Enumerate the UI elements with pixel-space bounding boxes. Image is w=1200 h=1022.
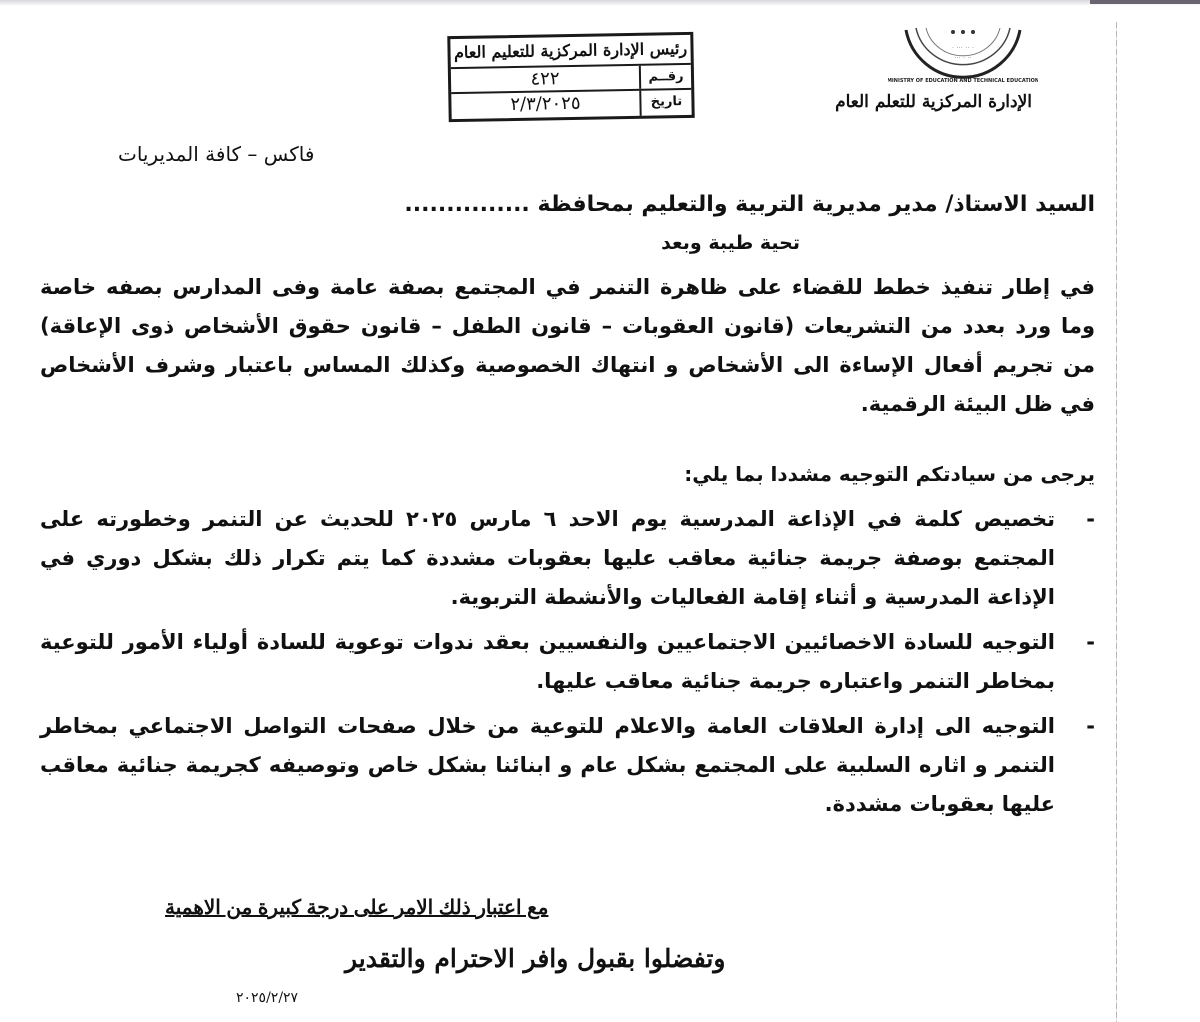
- scan-edge-shadow: [0, 0, 1200, 6]
- directive-text: تخصيص كلمة في الإذاعة المدرسية يوم الاحد…: [40, 507, 1055, 609]
- stamp-date-row: تاريخ ٢/٣/٢٠٢٥: [451, 90, 691, 119]
- dash-bullet-icon: -: [1086, 500, 1095, 539]
- greeting: تحية طيبة وبعد: [661, 232, 800, 254]
- stamp-number-label: رقــم: [639, 65, 691, 89]
- organization-name: الإدارة المركزية للتعلم العام: [835, 92, 1032, 112]
- directive-item: - التوجيه للسادة الاخصائيين الاجتماعيين …: [40, 623, 1095, 701]
- stamp-date-value: ٢/٣/٢٠٢٥: [451, 91, 639, 119]
- addressee-line: السيد الاستاذ/ مدير مديرية التربية والتع…: [404, 192, 1095, 217]
- emphasis-line: مع اعتبار ذلك الامر على درجة كبيرة من ال…: [165, 895, 548, 920]
- dash-bullet-icon: -: [1086, 707, 1095, 746]
- intro-paragraph: في إطار تنفيذ خطط للقضاء على ظاهرة التنم…: [40, 268, 1095, 424]
- svg-text:· ·· ··· ·: · ·· ··· ·: [952, 44, 974, 52]
- directive-item: - تخصيص كلمة في الإذاعة المدرسية يوم الا…: [40, 500, 1095, 617]
- document-date: ٢٠٢٥/٢/٢٧: [236, 990, 298, 1006]
- svg-text:·· · ···: ·· · ···: [954, 54, 972, 62]
- stamp-title: رئيس الإدارة المركزية للتعليم العام: [450, 35, 690, 69]
- ministry-logo-icon: · ·· ··· · ·· · ··· MINISTRY OF EDUCATIO…: [888, 22, 1038, 90]
- registry-stamp: رئيس الإدارة المركزية للتعليم العام رقــ…: [447, 32, 694, 122]
- directives-list: - تخصيص كلمة في الإذاعة المدرسية يوم الا…: [40, 500, 1095, 830]
- dash-bullet-icon: -: [1086, 623, 1095, 662]
- stamp-number-value: ٤٢٢: [451, 66, 639, 92]
- svg-text:MINISTRY OF EDUCATION AND TECH: MINISTRY OF EDUCATION AND TECHNICAL EDUC…: [888, 78, 1038, 84]
- request-line: يرجى من سيادتكم التوجيه مشددا بما يلي:: [684, 462, 1095, 486]
- fax-recipients: فاكس – كافة المديريات: [118, 142, 314, 166]
- directive-text: التوجيه الى إدارة العلاقات العامة والاعل…: [40, 714, 1055, 816]
- stamp-date-label: تاريخ: [639, 90, 691, 116]
- scan-edge-dark: [1090, 0, 1200, 4]
- directive-text: التوجيه للسادة الاخصائيين الاجتماعيين وا…: [40, 630, 1055, 693]
- directive-item: - التوجيه الى إدارة العلاقات العامة والا…: [40, 707, 1095, 824]
- margin-rule-line: [1116, 22, 1117, 1022]
- closing-salutation: وتفضلوا بقبول وافر الاحترام والتقدير: [345, 944, 725, 973]
